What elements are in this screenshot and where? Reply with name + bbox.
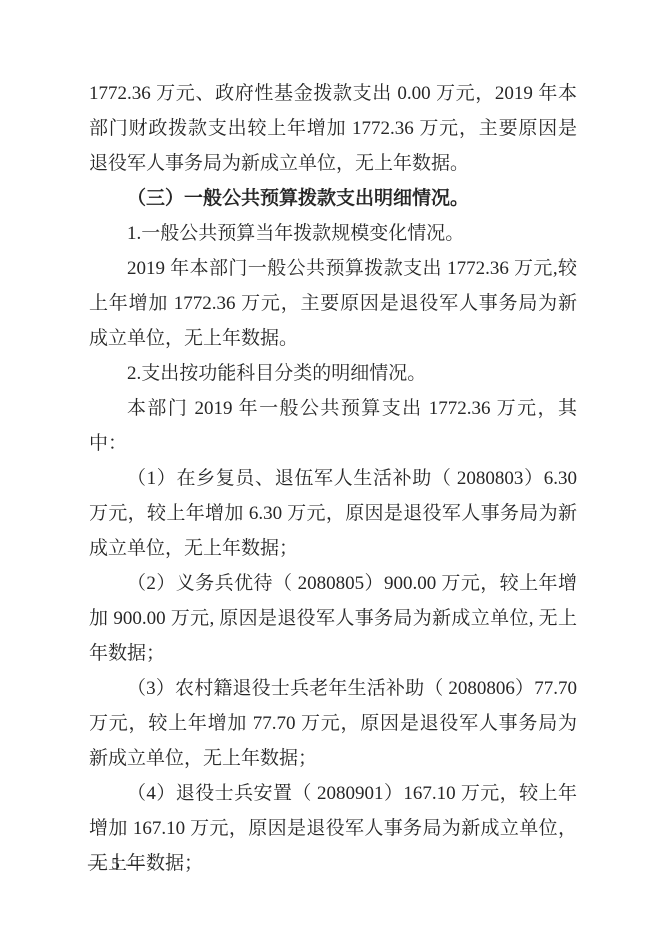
page-number: — 5 — [88,852,144,876]
para-subitem-1-veteran-living-subsidy: （1）在乡复员、退伍军人生活补助（ 2080803）6.30 万元，较上年增加 … [89,461,577,566]
heading-item-1: 1.一般公共预算当年拨款规模变化情况。 [89,216,577,251]
para-subitem-4-veteran-resettlement: （4）退役士兵安置（ 2080901）167.10 万元，较上年增加 167.1… [89,776,577,881]
heading-item-2: 2.支出按功能科目分类的明细情况。 [89,356,577,391]
para-subitem-2-conscript-preferential: （2）义务兵优待（ 2080805）900.00 万元，较上年增加 900.00… [89,566,577,671]
para-general-budget-change: 2019 年本部门一般公共预算拨款支出 1772.36 万元,较上年增加 177… [89,251,577,356]
document-body: 1772.36 万元、政府性基金拨款支出 0.00 万元，2019 年本部门财政… [89,76,577,881]
para-subitem-3-rural-veteran-elderly-subsidy: （3）农村籍退役士兵老年生活补助（ 2080806）77.70 万元，较上年增加… [89,671,577,776]
document-page: 1772.36 万元、政府性基金拨款支出 0.00 万元，2019 年本部门财政… [0,0,662,936]
heading-section-three: （三）一般公共预算拨款支出明细情况。 [89,181,577,216]
para-budget-total-intro: 本部门 2019 年一般公共预算支出 1772.36 万元，其中： [89,391,577,461]
para-carryover-fiscal-allocation: 1772.36 万元、政府性基金拨款支出 0.00 万元，2019 年本部门财政… [89,76,577,181]
